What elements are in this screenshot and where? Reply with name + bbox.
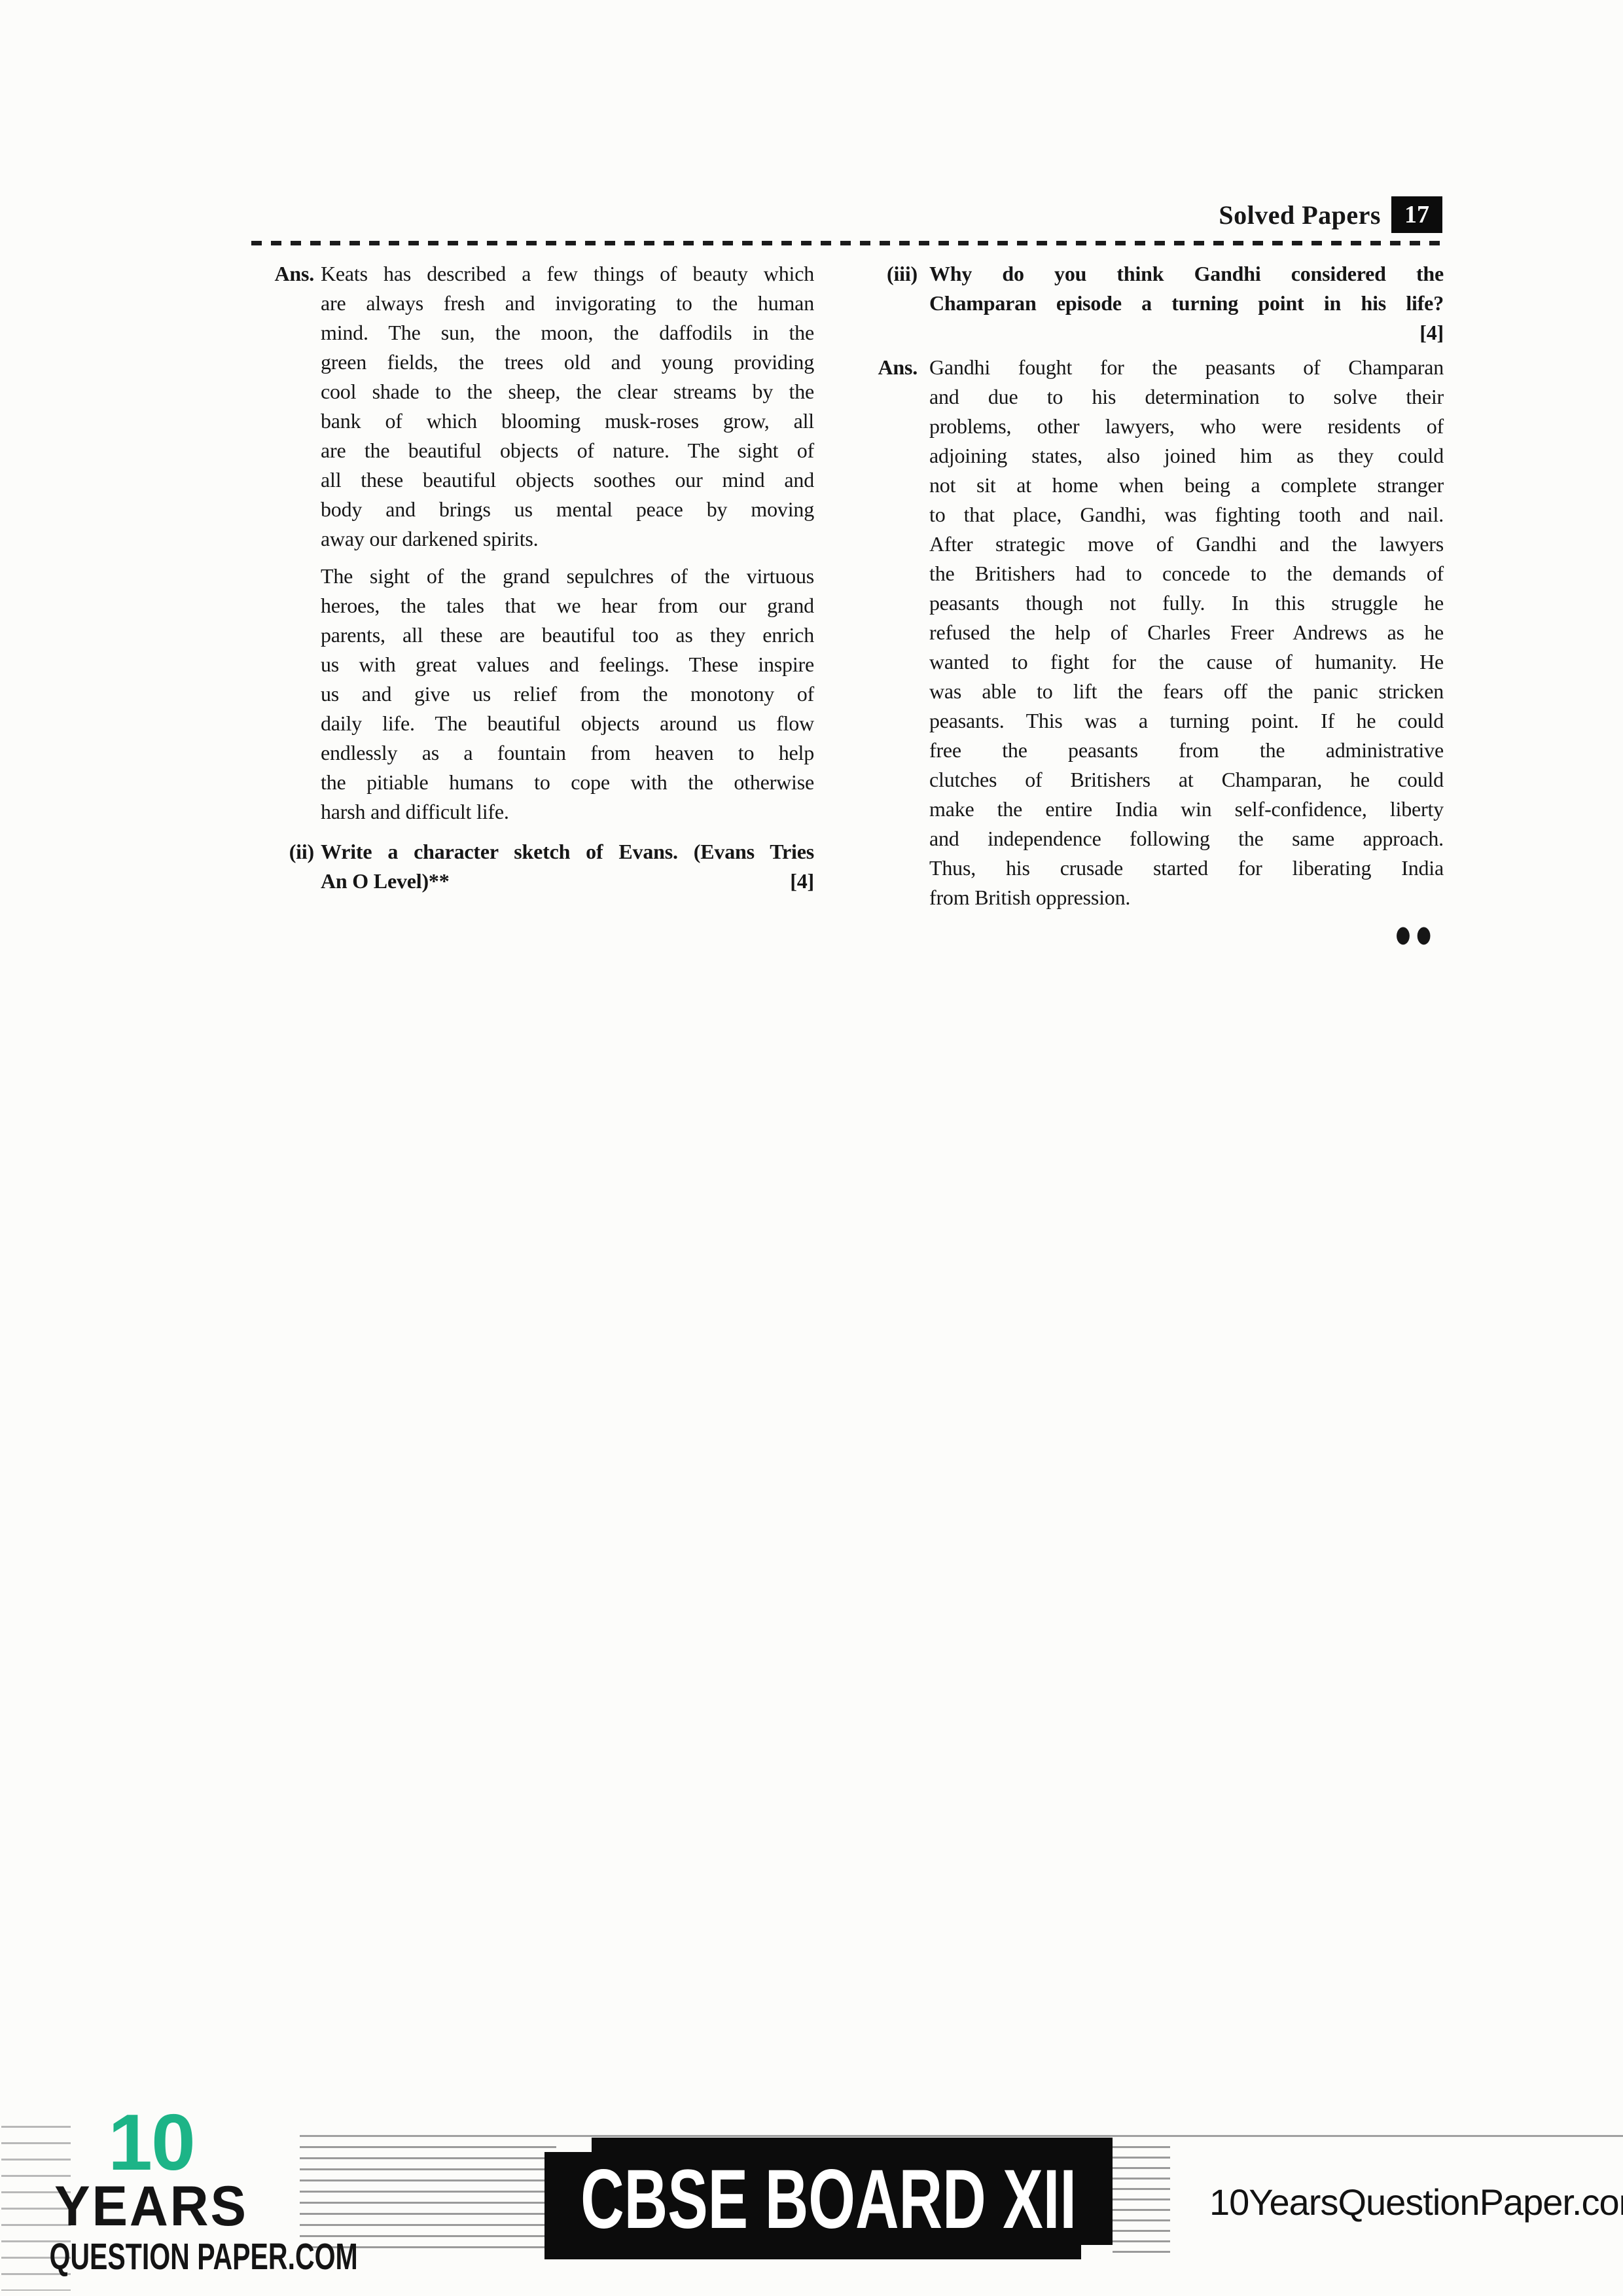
text-line: heroes, the tales that we hear from our …: [321, 591, 814, 620]
text-line: clutches of Britishers at Champaran, he …: [929, 765, 1444, 795]
text-line: mind. The sun, the moon, the daffodils i…: [321, 318, 814, 348]
text-line: endlessly as a fountain from heaven to h…: [321, 738, 814, 768]
text-line: daily life. The beautiful objects around…: [321, 709, 814, 738]
question-ii-line2-row: An O Level)** [4]: [321, 867, 814, 896]
text-line: us and give us relief from the monotony …: [321, 679, 814, 709]
answer-block-keats: Ans. Keats has described a few things of…: [259, 259, 814, 827]
ruled-lines-middle: [300, 2146, 556, 2250]
page-title: Solved Papers: [1219, 200, 1381, 230]
answer-block-gandhi: Ans. Gandhi fought for the peasants of C…: [865, 353, 1444, 912]
text-line: problems, other lawyers, who were reside…: [929, 412, 1444, 441]
answer-label: Ans.: [259, 259, 314, 289]
text-line: make the entire India win self-confidenc…: [929, 795, 1444, 824]
text-line: the pitiable humans to cope with the oth…: [321, 768, 814, 797]
website-url-text: 10YearsQuestionPaper.com: [1209, 2181, 1623, 2223]
text-line: and independence following the same appr…: [929, 824, 1444, 853]
page-header: Solved Papers 17: [1219, 196, 1442, 233]
question-iii-lines: Why do you think Gandhi considered theCh…: [929, 259, 1444, 318]
text-line: refused the help of Charles Freer Andrew…: [929, 618, 1444, 647]
scanned-solved-paper-page: Solved Papers 17 Ans. Keats has describe…: [0, 0, 1623, 2296]
ruled-lines-right: [1113, 2146, 1170, 2257]
answer-paragraph: Gandhi fought for the peasants of Champa…: [929, 353, 1444, 912]
footer-rule-line: [300, 2135, 1623, 2137]
logo-number-10: 10: [10, 2102, 293, 2182]
answer-paragraph-1: Keats has described a few things of beau…: [321, 259, 814, 554]
text-line: from British oppression.: [929, 883, 1444, 912]
left-column: Ans. Keats has described a few things of…: [259, 259, 814, 896]
site-logo: 10 YEARS QUESTION PAPER.COM: [10, 2102, 293, 2276]
text-line: free the peasants from the administrativ…: [929, 736, 1444, 765]
section-end-dots: ●●: [865, 917, 1444, 952]
question-ii-line1: Write a character sketch of Evans. (Evan…: [321, 837, 814, 867]
text-line: peasants though not fully. In this strug…: [929, 588, 1444, 618]
question-ii-line2: An O Level)**: [321, 867, 450, 896]
text-line: not sit at home when being a complete st…: [929, 471, 1444, 500]
logo-domain-text: QUESTION PAPER.COM: [49, 2238, 253, 2276]
text-line: Champaran episode a turning point in his…: [929, 289, 1444, 318]
answer-label: Ans.: [865, 353, 918, 382]
right-column: (iii) Why do you think Gandhi considered…: [865, 259, 1444, 948]
text-line: are the beautiful objects of nature. The…: [321, 436, 814, 465]
text-line: wanted to fight for the cause of humanit…: [929, 647, 1444, 677]
question-ii-marks: [4]: [790, 867, 814, 896]
text-line: away our darkened spirits.: [321, 524, 814, 554]
text-line: Thus, his crusade started for liberating…: [929, 853, 1444, 883]
text-line: us with great values and feelings. These…: [321, 650, 814, 679]
question-ii-block: (ii) Write a character sketch of Evans. …: [259, 837, 814, 896]
text-line: peasants. This was a turning point. If h…: [929, 706, 1444, 736]
dashed-divider: [251, 241, 1445, 245]
logo-years-text: YEARS: [17, 2178, 285, 2234]
text-line: the Britishers had to concede to the dem…: [929, 559, 1444, 588]
text-line: cool shade to the sheep, the clear strea…: [321, 377, 814, 406]
banner-title: CBSE BOARD XII: [624, 2143, 1033, 2255]
text-line: was able to lift the fears off the panic…: [929, 677, 1444, 706]
text-line: Keats has described a few things of beau…: [321, 259, 814, 289]
text-line: all these beautiful objects soothes our …: [321, 465, 814, 495]
text-line: are always fresh and invigorating to the…: [321, 289, 814, 318]
question-iii-block: (iii) Why do you think Gandhi considered…: [865, 259, 1444, 348]
text-line: to that place, Gandhi, was fighting toot…: [929, 500, 1444, 529]
text-line: green fields, the trees old and young pr…: [321, 348, 814, 377]
text-line: The sight of the grand sepulchres of the…: [321, 562, 814, 591]
text-line: harsh and difficult life.: [321, 797, 814, 827]
question-iii-number: (iii): [865, 259, 918, 289]
text-line: Why do you think Gandhi considered the: [929, 259, 1444, 289]
text-line: After strategic move of Gandhi and the l…: [929, 529, 1444, 559]
page-number-badge: 17: [1391, 196, 1442, 233]
text-line: body and brings us mental peace by movin…: [321, 495, 814, 524]
question-iii-marks: [4]: [929, 318, 1444, 348]
answer-paragraph-2: The sight of the grand sepulchres of the…: [321, 562, 814, 827]
text-line: bank of which blooming musk-roses grow, …: [321, 406, 814, 436]
exam-banner: CBSE BOARD XII: [544, 2138, 1113, 2261]
text-line: and due to his determination to solve th…: [929, 382, 1444, 412]
text-line: parents, all these are beautiful too as …: [321, 620, 814, 650]
text-line: adjoining states, also joined him as the…: [929, 441, 1444, 471]
text-line: Gandhi fought for the peasants of Champa…: [929, 353, 1444, 382]
question-ii-number: (ii): [259, 837, 314, 867]
